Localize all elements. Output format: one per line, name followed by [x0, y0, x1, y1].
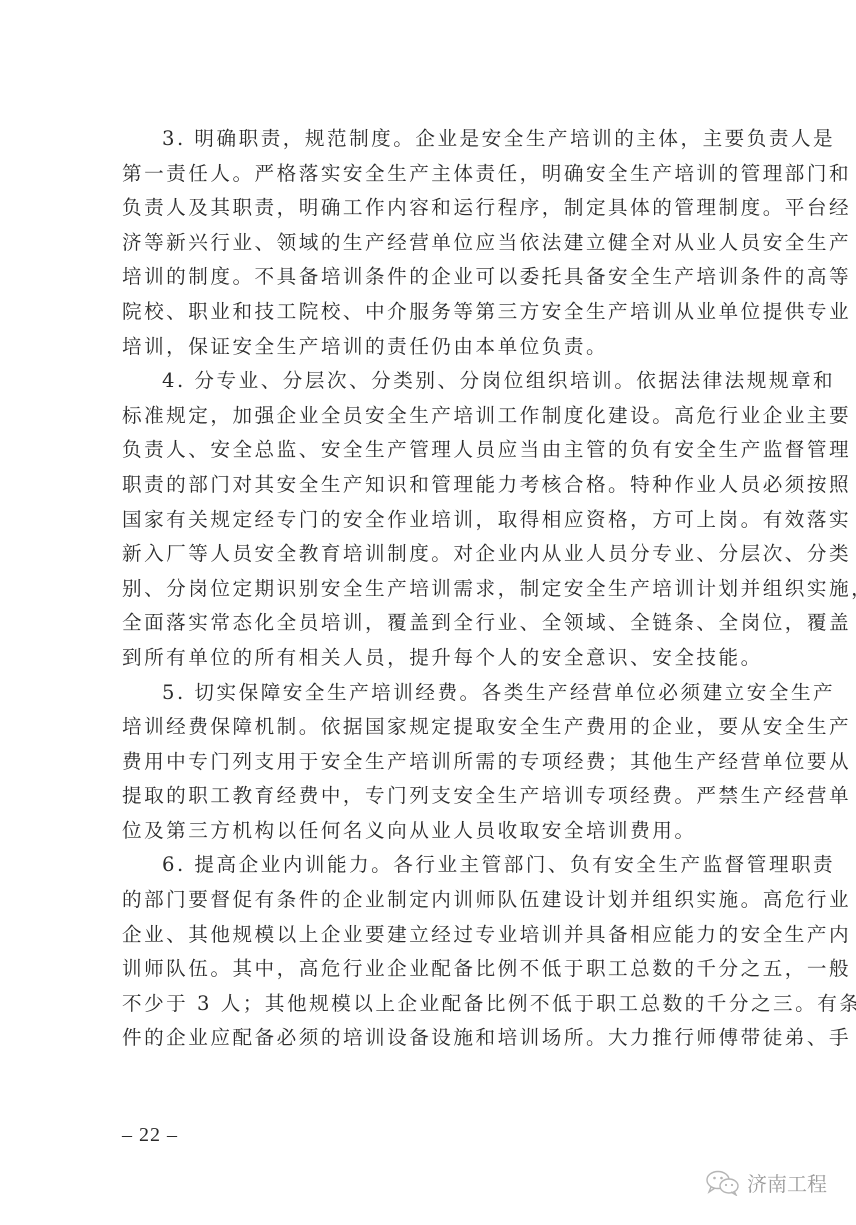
- text-line: 全面落实常态化全员培训，覆盖到全行业、全领域、全链条、全岗位，覆盖: [122, 606, 740, 641]
- text-line: 新入厂等人员安全教育培训制度。对企业内从业人员分专业、分层次、分类: [122, 537, 740, 572]
- text-line: 负责人及其职责，明确工作内容和运行程序，制定具体的管理制度。平台经: [122, 191, 740, 226]
- text-line: 别、分岗位定期识别安全生产培训需求，制定安全生产培训计划并组织实施，: [122, 572, 740, 607]
- text-line: 职责的部门对其安全生产知识和管理能力考核合格。特种作业人员必须按照: [122, 468, 740, 503]
- text-line: 企业、其他规模以上企业要建立经过专业培训并具备相应能力的安全生产内: [122, 918, 740, 953]
- text-line: 件的企业应配备必须的培训设备设施和培训场所。大力推行师傅带徒弟、手: [122, 1021, 740, 1056]
- document-page: 3. 明确职责，规范制度。企业是安全生产培训的主体，主要负责人是 第一责任人。严…: [0, 0, 856, 1225]
- text-line: 6. 提高企业内训能力。各行业主管部门、负有安全生产监督管理职责: [122, 848, 740, 883]
- paragraph-item-3: 3. 明确职责，规范制度。企业是安全生产培训的主体，主要负责人是 第一责任人。严…: [122, 122, 740, 364]
- text-line: 3. 明确职责，规范制度。企业是安全生产培训的主体，主要负责人是: [122, 122, 740, 157]
- text-line: 4. 分专业、分层次、分类别、分岗位组织培训。依据法律法规规章和: [122, 364, 740, 399]
- text-line: 标准规定，加强企业全员安全生产培训工作制度化建设。高危行业企业主要: [122, 399, 740, 434]
- document-body: 3. 明确职责，规范制度。企业是安全生产培训的主体，主要负责人是 第一责任人。严…: [122, 122, 740, 1056]
- text-line: 5. 切实保障安全生产培训经费。各类生产经营单位必须建立安全生产: [122, 676, 740, 711]
- text-line: 不少于 3 人；其他规模以上企业配备比例不低于职工总数的千分之三。有条: [122, 987, 740, 1022]
- wechat-icon: [705, 1170, 741, 1196]
- paragraph-item-5: 5. 切实保障安全生产培训经费。各类生产经营单位必须建立安全生产 培训经费保障机…: [122, 676, 740, 849]
- text-line: 培训，保证安全生产培训的责任仍由本单位负责。: [122, 330, 740, 365]
- text-line: 的部门要督促有条件的企业制定内训师队伍建设计划并组织实施。高危行业: [122, 883, 740, 918]
- page-number: – 22 –: [122, 1124, 178, 1147]
- text-line: 到所有单位的所有相关人员，提升每个人的安全意识、安全技能。: [122, 641, 740, 676]
- text-line: 国家有关规定经专门的安全作业培训，取得相应资格，方可上岗。有效落实: [122, 503, 740, 538]
- text-line: 负责人、安全总监、安全生产管理人员应当由主管的负有安全生产监督管理: [122, 433, 740, 468]
- text-line: 培训的制度。不具备培训条件的企业可以委托具备安全生产培训条件的高等: [122, 260, 740, 295]
- text-line: 院校、职业和技工院校、中介服务等第三方安全生产培训从业单位提供专业: [122, 295, 740, 330]
- watermark: 济南工程: [705, 1168, 827, 1197]
- paragraph-item-4: 4. 分专业、分层次、分类别、分岗位组织培训。依据法律法规规章和 标准规定，加强…: [122, 364, 740, 675]
- text-line: 提取的职工教育经费中，专门列支安全生产培训专项经费。严禁生产经营单: [122, 779, 740, 814]
- text-line: 费用中专门列支用于安全生产培训所需的专项经费；其他生产经营单位要从: [122, 745, 740, 780]
- text-line: 位及第三方机构以任何名义向从业人员收取安全培训费用。: [122, 814, 740, 849]
- paragraph-item-6: 6. 提高企业内训能力。各行业主管部门、负有安全生产监督管理职责 的部门要督促有…: [122, 848, 740, 1056]
- text-line: 第一责任人。严格落实安全生产主体责任，明确安全生产培训的管理部门和: [122, 157, 740, 192]
- watermark-text: 济南工程: [747, 1168, 827, 1197]
- text-line: 培训经费保障机制。依据国家规定提取安全生产费用的企业，要从安全生产: [122, 710, 740, 745]
- text-line: 训师队伍。其中，高危行业企业配备比例不低于职工总数的千分之五，一般: [122, 952, 740, 987]
- text-line: 济等新兴行业、领域的生产经营单位应当依法建立健全对从业人员安全生产: [122, 226, 740, 261]
